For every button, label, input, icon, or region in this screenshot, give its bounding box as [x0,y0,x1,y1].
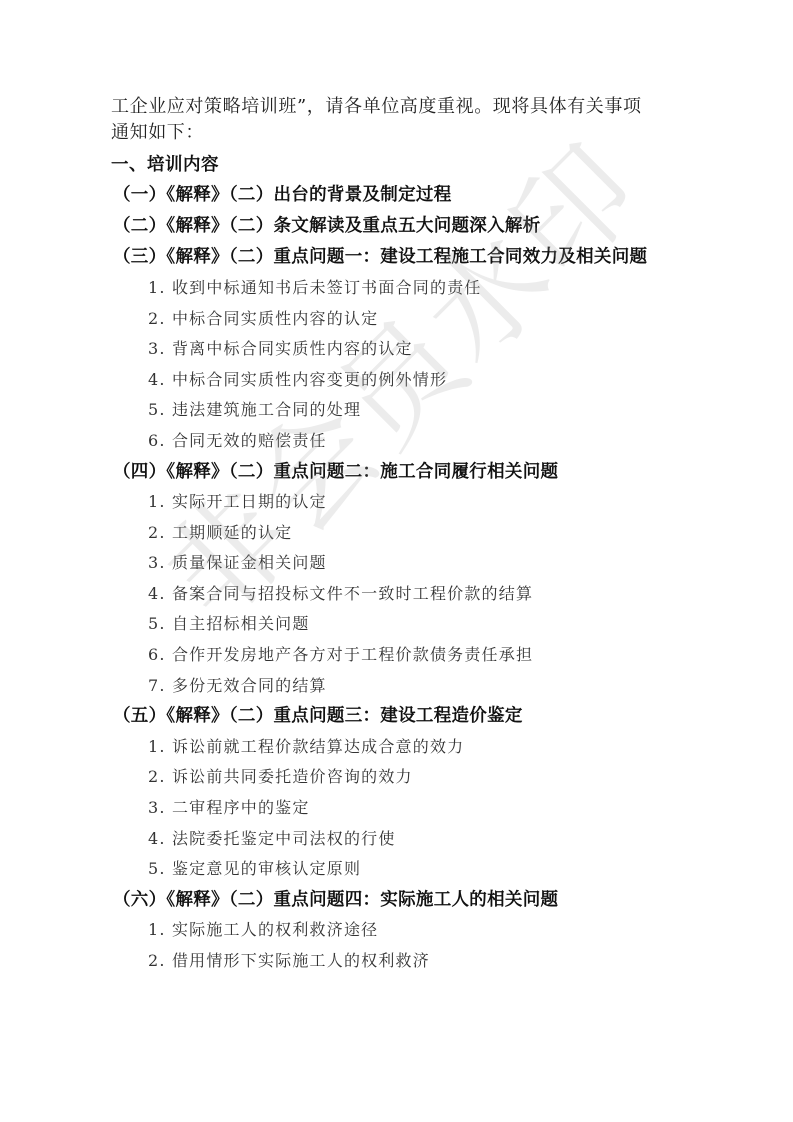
list-item: 2. 诉讼前共同委托造价咨询的效力 [148,762,701,793]
subsection-heading-2: （二）《解释》（二）条文解读及重点五大问题深入解析 [113,211,701,242]
list-item: 5. 自主招标相关问题 [148,609,701,640]
intro-line-1: 工企业应对策略培训班”，请各单位高度重视。现将具体有关事项 [111,94,701,120]
intro-line-2: 通知如下： [111,120,701,146]
list-item: 1. 收到中标通知书后未签订书面合同的责任 [148,273,701,304]
list-item: 2. 工期顺延的认定 [148,518,701,549]
list-item: 5. 鉴定意见的审核认定原则 [148,854,701,885]
list-item: 1. 实际开工日期的认定 [148,487,701,518]
document-content: 工企业应对策略培训班”，请各单位高度重视。现将具体有关事项 通知如下： 一、培训… [111,94,701,976]
subsection-heading-5: （五）《解释》（二）重点问题三：建设工程造价鉴定 [113,701,701,732]
subsection-heading-3: （三）《解释》（二）重点问题一：建设工程施工合同效力及相关问题 [113,241,701,273]
subsection-heading-6: （六）《解释》（二）重点问题四：实际施工人的相关问题 [113,885,701,916]
list-item: 6. 合作开发房地产各方对于工程价款债务责任承担 [148,640,701,671]
list-item: 7. 多份无效合同的结算 [148,671,701,702]
list-item: 4. 备案合同与招投标文件不一致时工程价款的结算 [148,579,701,610]
list-item: 3. 二审程序中的鉴定 [148,793,701,824]
list-item: 3. 背离中标合同实质性内容的认定 [148,334,701,365]
subsection-heading-4: （四）《解释》（二）重点问题二：施工合同履行相关问题 [113,457,701,488]
list-item: 2. 借用情形下实际施工人的权利救济 [148,946,701,977]
list-item: 3. 质量保证金相关问题 [148,548,701,579]
subsection-heading-1: （一）《解释》（二）出台的背景及制定过程 [113,180,701,211]
list-item: 6. 合同无效的赔偿责任 [148,426,701,457]
document-page: 工企业应对策略培训班”，请各单位高度重视。现将具体有关事项 通知如下： 一、培训… [0,0,793,1122]
section-title: 一、培训内容 [111,150,701,180]
list-item: 1. 实际施工人的权利救济途径 [148,915,701,946]
list-item: 5. 违法建筑施工合同的处理 [148,395,701,426]
list-item: 1. 诉讼前就工程价款结算达成合意的效力 [148,732,701,763]
list-item: 2. 中标合同实质性内容的认定 [148,304,701,335]
list-item: 4. 法院委托鉴定中司法权的行使 [148,824,701,855]
list-item: 4. 中标合同实质性内容变更的例外情形 [148,365,701,396]
